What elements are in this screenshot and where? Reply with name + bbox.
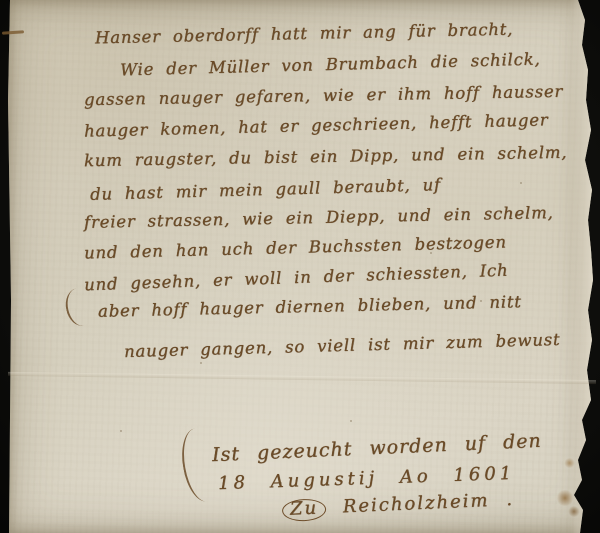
- paper-speck: [120, 430, 122, 432]
- paper-speck: [280, 482, 282, 484]
- circled-word: Zu: [282, 498, 327, 522]
- foxing-spot: [556, 490, 574, 506]
- paper-speck: [430, 252, 432, 254]
- paper-speck: [150, 160, 152, 162]
- torn-edge: [570, 0, 596, 533]
- paper-speck: [350, 420, 352, 422]
- paper-speck: [330, 92, 332, 94]
- paper-speck: [240, 130, 242, 132]
- paper-speck: [520, 182, 522, 184]
- foxing-spot: [568, 506, 580, 517]
- manuscript-photo: Hanser oberdorff hatt mir ang für bracht…: [0, 0, 600, 533]
- paper-speck: [480, 300, 482, 302]
- paper-speck: [200, 362, 202, 364]
- foxing-spot: [564, 458, 575, 468]
